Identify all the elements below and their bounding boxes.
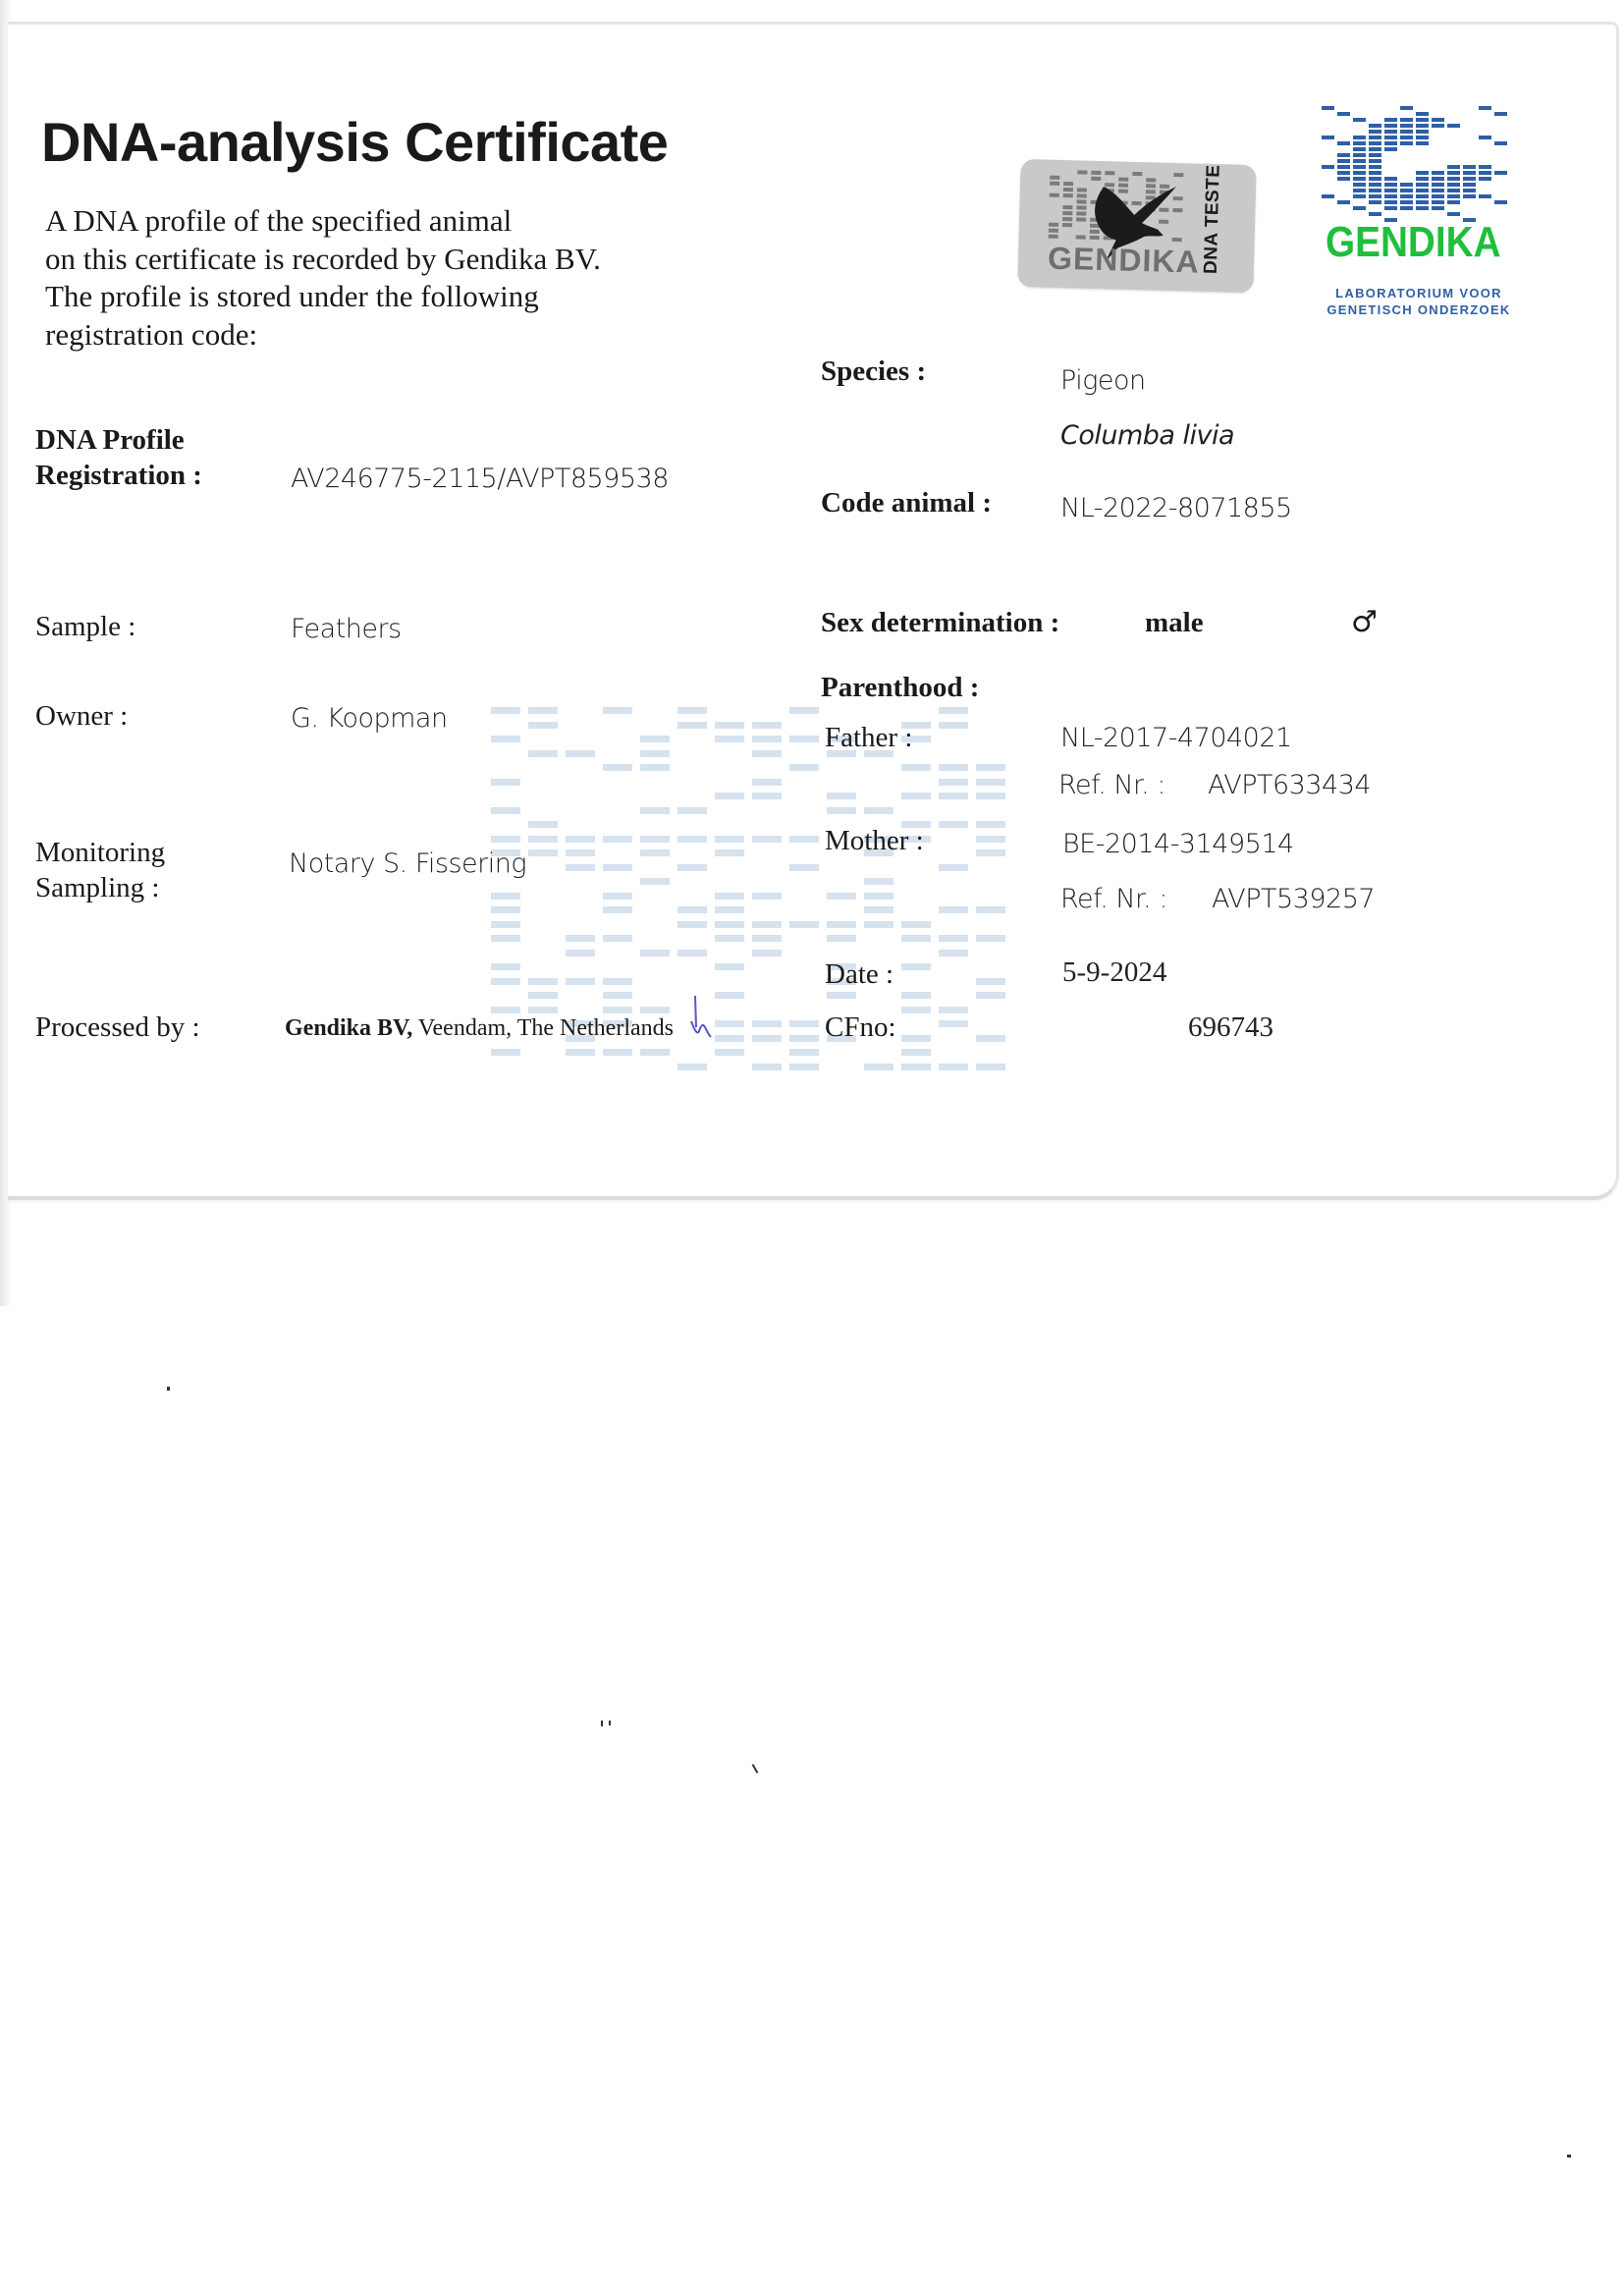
- scan-speck: [601, 1721, 603, 1726]
- processed-location: Veendam, The Netherlands: [412, 1015, 674, 1041]
- logo-subtitle-line: GENETISCH ONDERZOEK: [1326, 301, 1512, 318]
- processed-value: Gendika BV, Veendam, The Netherlands: [285, 1015, 674, 1042]
- sticker-brand: GENDIKA: [1048, 241, 1200, 281]
- registration-label: Registration :: [35, 460, 202, 492]
- monitoring-label: Monitoring: [35, 837, 165, 869]
- species-common-value: Pigeon: [1060, 365, 1146, 396]
- sex-label: Sex determination :: [821, 607, 1059, 639]
- logo-subtitle-line: LABORATORIUM VOOR: [1326, 285, 1512, 301]
- dna-tested-sticker: GENDIKA DNA TESTED: [1017, 159, 1256, 293]
- monitoring-label: Sampling :: [35, 872, 159, 904]
- species-latin-value: Columba livia: [1060, 420, 1234, 451]
- mother-ref-value: AVPT539257: [1212, 884, 1375, 914]
- mother-value: BE-2014-3149514: [1062, 829, 1294, 859]
- owner-value: G. Koopman: [291, 703, 448, 734]
- scan-speck: [1567, 2155, 1571, 2158]
- code-animal-label: Code animal :: [821, 487, 992, 519]
- cfno-value: 696743: [1188, 1011, 1273, 1044]
- intro-line: registration code:: [45, 316, 752, 355]
- scan-speck: [167, 1387, 170, 1391]
- mother-label: Mother :: [825, 825, 924, 857]
- sticker-tag: DNA TESTED: [1201, 159, 1225, 274]
- date-value: 5-9-2024: [1062, 957, 1166, 989]
- sample-label: Sample :: [35, 611, 135, 643]
- father-value: NL-2017-4704021: [1060, 723, 1292, 753]
- registration-value: AV246775-2115/AVPT859538: [291, 464, 669, 494]
- intro-paragraph: A DNA profile of the specified animal on…: [45, 202, 752, 354]
- scan-speck: [609, 1721, 611, 1725]
- owner-label: Owner :: [35, 700, 128, 733]
- processed-label: Processed by :: [35, 1011, 200, 1044]
- father-ref-label: Ref. Nr. :: [1058, 770, 1165, 800]
- logo-subtitle: LABORATORIUM VOOR GENETISCH ONDERZOEK: [1326, 285, 1512, 318]
- species-label: Species :: [821, 355, 926, 388]
- intro-line: A DNA profile of the specified animal: [45, 202, 752, 241]
- father-ref-value: AVPT633434: [1208, 770, 1371, 800]
- monitoring-value: Notary S. Fissering: [289, 848, 526, 879]
- intro-line: on this certificate is recorded by Gendi…: [45, 241, 752, 279]
- parenthood-label: Parenthood :: [821, 672, 979, 704]
- sample-value: Feathers: [291, 614, 402, 644]
- intro-line: The profile is stored under the followin…: [45, 278, 752, 316]
- scan-speck: [752, 1764, 759, 1774]
- father-label: Father :: [825, 722, 912, 754]
- registration-label: DNA Profile: [35, 424, 185, 457]
- gendika-logo-icon: [1322, 106, 1508, 224]
- certificate-title: DNA-analysis Certificate: [41, 110, 668, 174]
- logo-name: GENDIKA: [1326, 218, 1501, 267]
- sex-value: male: [1145, 607, 1204, 639]
- male-symbol-icon: ♂: [1351, 605, 1378, 639]
- mother-ref-label: Ref. Nr. :: [1060, 884, 1167, 914]
- code-animal-value: NL-2022-8071855: [1060, 493, 1292, 523]
- date-label: Date :: [825, 958, 893, 991]
- cfno-label: CFno:: [825, 1011, 896, 1044]
- processed-company: Gendika BV,: [285, 1015, 412, 1041]
- signature-mark-icon: [687, 992, 717, 1041]
